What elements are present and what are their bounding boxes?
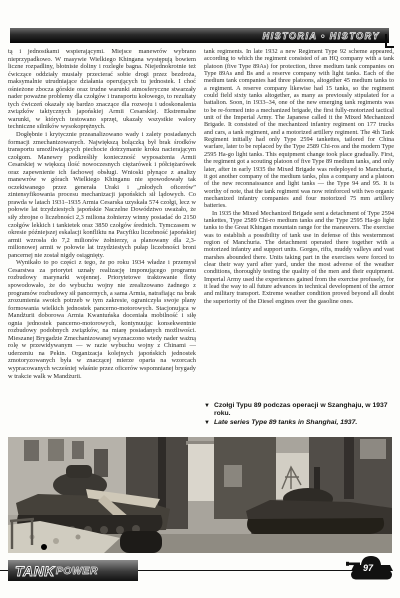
header-bar: HISTORIA • HISTORY [10,28,389,43]
page-number-tank-icon: 97 [346,551,394,581]
footer-logo-bar: TANK POWER [8,560,138,581]
page-number: 97 [363,563,373,573]
tankpower-logo-suffix: POWER [56,565,98,577]
caption-triangle-icon: ▼ [204,419,210,427]
page-title: HISTORIA • HISTORY [263,31,380,41]
magazine-page: HISTORIA • HISTORY tą i jednostkami wspi… [0,0,400,598]
caption-text: Late series Type 89 tanks in Shanghai, 1… [214,419,357,427]
paragraph: Dogłębnie i krytycznie przeanalizowano w… [8,131,196,259]
tankpower-logo: TANK [15,563,55,579]
photo-caption-english: ▼ Late series Type 89 tanks in Shanghai,… [204,419,394,427]
article-column-english: tank regiments. In late 1932 a new Regim… [204,48,394,398]
article-column-polish: tą i jednostkami wspierającymi. Miejsce … [8,48,196,434]
paragraph: tank regiments. In late 1932 a new Regim… [204,48,394,210]
paragraph: In 1935 the Mixed Mechanized Brigade sen… [204,210,394,305]
header-corner-mark [385,34,394,48]
photo-caption-polish: ▼ Czołgi Typu 89 podczas operacji w Szan… [204,402,394,418]
paragraph: Wynikało to po części z tego, że po roku… [8,259,196,380]
caption-text: Czołgi Typu 89 podczas operacji w Szangh… [214,402,394,418]
tanks-photo-graphic [8,437,392,553]
paragraph: tą i jednostkami wspierającymi. Miejsce … [8,48,196,131]
tanks-photo [8,437,392,553]
caption-triangle-icon: ▼ [204,402,210,410]
